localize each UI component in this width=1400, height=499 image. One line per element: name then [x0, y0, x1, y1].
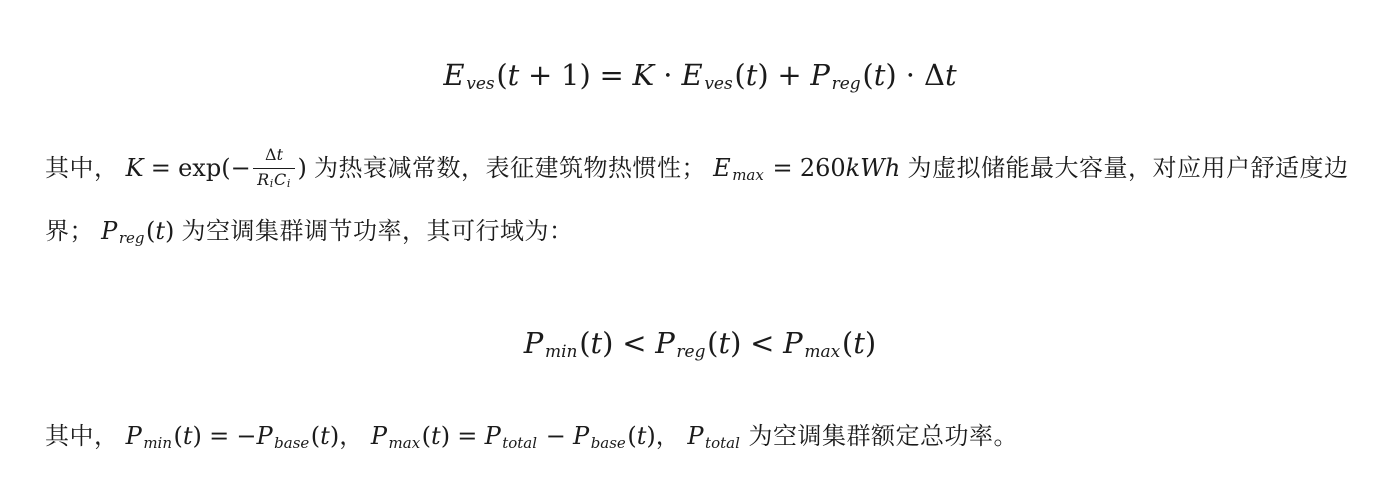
- fraction-denominator: RiCi: [253, 169, 295, 191]
- math-token: reg: [119, 229, 145, 247]
- math-token: (: [422, 422, 431, 450]
- math-token: −: [546, 422, 566, 450]
- math-token: P: [257, 422, 273, 450]
- math-token: −: [236, 422, 256, 450]
- math-token: (: [862, 58, 873, 92]
- math-token: i: [287, 177, 291, 190]
- math-token: t: [945, 58, 957, 92]
- math-token: (: [734, 58, 745, 92]
- math-token: ): [646, 422, 655, 450]
- math-token: t: [591, 326, 603, 360]
- math-token: (: [842, 326, 853, 360]
- math-token: <: [622, 326, 646, 360]
- math-token: Δ: [924, 58, 945, 92]
- math-token: P: [783, 326, 803, 360]
- math-token: ves: [704, 74, 732, 94]
- math-token: =: [773, 154, 793, 182]
- math-token: P: [485, 422, 501, 450]
- math-token: R: [257, 170, 269, 189]
- math-token: exp(: [178, 154, 230, 182]
- math-token: P: [524, 326, 544, 360]
- math-token: t: [320, 422, 330, 450]
- math-token: <: [750, 326, 774, 360]
- math-token: P: [101, 217, 117, 245]
- text-run: 为空调集群额定总功率。: [741, 423, 1018, 450]
- math-token: min: [545, 342, 578, 362]
- math-token: E: [713, 154, 731, 182]
- math-token: t: [155, 217, 165, 245]
- math-token: +: [777, 58, 801, 92]
- math-token: max: [389, 434, 421, 452]
- text-run: 其中，: [45, 423, 126, 450]
- math-token: ): [165, 217, 174, 245]
- math-token: C: [274, 170, 286, 189]
- paragraph-parameter-definitions: 其中， K=exp(−ΔtRiCi) 为热衰减常数，表征建筑物热惯性； Emax…: [45, 140, 1355, 266]
- math-token: K: [126, 154, 144, 182]
- math-token: P: [371, 422, 387, 450]
- math-token: E: [443, 58, 464, 92]
- math-token: K: [632, 58, 654, 92]
- math-token: t: [431, 422, 441, 450]
- fraction: ΔtRiCi: [253, 145, 295, 191]
- math-token: total: [705, 434, 740, 452]
- math-token: 260: [800, 154, 846, 182]
- math-token: t: [508, 58, 520, 92]
- math-token: ): [193, 422, 202, 450]
- math-token: t: [637, 422, 647, 450]
- math-token: (: [496, 58, 507, 92]
- math-token: ): [297, 154, 306, 182]
- math-token: t: [746, 58, 758, 92]
- math-token: i: [270, 177, 274, 190]
- math-token: t: [277, 145, 283, 164]
- math-token: =: [457, 422, 477, 450]
- math-token: min: [143, 434, 172, 452]
- text-run: 为热衰减常数，表征建筑物热惯性；: [307, 155, 713, 182]
- display-equation-preg-bounds: Pmin(t)<Preg(t)<Pmax(t): [45, 326, 1355, 362]
- document-body: Eves(t+1)=K⋅Eves(t)+Preg(t)⋅Δt 其中， K=exp…: [0, 58, 1400, 471]
- math-token: +: [528, 58, 552, 92]
- math-token: (: [146, 217, 155, 245]
- math-token: =: [151, 154, 171, 182]
- math-token: kWh: [846, 154, 901, 182]
- math-token: max: [732, 166, 764, 184]
- math-token: P: [687, 422, 703, 450]
- math-token: ): [865, 326, 876, 360]
- math-token: t: [853, 326, 865, 360]
- text-run: 为空调集群调节功率，其可行域为：: [174, 218, 573, 245]
- math-token: reg: [832, 74, 861, 94]
- math-token: 1: [561, 58, 579, 92]
- text-run: 其中，: [45, 155, 126, 182]
- math-token: Δ: [265, 145, 277, 164]
- math-token: total: [502, 434, 537, 452]
- text-run: ，: [656, 423, 688, 450]
- math-token: ): [730, 326, 741, 360]
- math-token: ): [885, 58, 896, 92]
- math-token: ⋅: [663, 58, 673, 92]
- math-token: =: [599, 58, 623, 92]
- math-token: ): [441, 422, 450, 450]
- math-token: =: [209, 422, 229, 450]
- math-token: E: [681, 58, 702, 92]
- math-token: ): [330, 422, 339, 450]
- math-token: P: [126, 422, 142, 450]
- math-token: ): [602, 326, 613, 360]
- math-token: P: [573, 422, 589, 450]
- math-token: max: [804, 342, 840, 362]
- math-token: (: [627, 422, 636, 450]
- math-token: −: [231, 154, 251, 182]
- paragraph-pmin-pmax-definitions: 其中， Pmin(t)=−Pbase(t)， Pmax(t)=Ptotal−Pb…: [45, 408, 1355, 471]
- math-token: (: [707, 326, 718, 360]
- math-token: ⋅: [905, 58, 915, 92]
- math-token: P: [810, 58, 830, 92]
- fraction-numerator: Δt: [253, 145, 295, 169]
- math-token: (: [311, 422, 320, 450]
- math-token: (: [579, 326, 590, 360]
- math-token: t: [718, 326, 730, 360]
- math-token: base: [591, 434, 626, 452]
- math-token: ): [757, 58, 768, 92]
- math-token: P: [655, 326, 675, 360]
- math-token: base: [274, 434, 309, 452]
- math-token: t: [183, 422, 193, 450]
- math-token: (: [174, 422, 183, 450]
- math-token: ): [579, 58, 590, 92]
- text-run: ，: [339, 423, 371, 450]
- display-equation-ves-update: Eves(t+1)=K⋅Eves(t)+Preg(t)⋅Δt: [45, 58, 1355, 94]
- math-token: ves: [466, 74, 494, 94]
- math-token: reg: [676, 342, 705, 362]
- math-token: t: [874, 58, 886, 92]
